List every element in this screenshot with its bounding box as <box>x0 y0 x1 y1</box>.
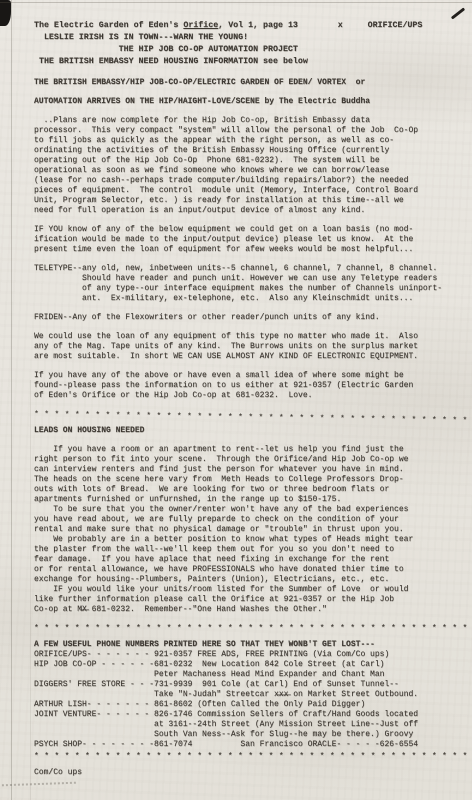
phone-line-diggers-2: Take "N-Judah" Streetcar x̶x̶x̶ on Marke… <box>34 690 454 700</box>
automation-heading-2: AUTOMATION ARRIVES ON THE HIP/HAIGHT-LOV… <box>34 97 454 107</box>
phone-line-psych-shop-oracle: PSYCH SHOP- - - - - - - -861-7074 San Fr… <box>34 740 454 750</box>
warning-headline: LESLIE IRISH IS IN TOWN---WARN THE YOUNG… <box>34 32 454 44</box>
phone-list-heading: A FEW USEFUL PHONE NUMBERS PRINTED HERE … <box>34 640 454 650</box>
masthead-title-orifice: Orifice <box>183 21 218 30</box>
phone-line-arthur-lish: ARTHUR LISH- - - - - - - 861-8602 (Often… <box>34 700 454 710</box>
housing-body: If you have a room or an apartment to re… <box>34 445 454 615</box>
phone-line-joint-venture-2: at 3161--24th Street (Any Mission Street… <box>34 720 454 730</box>
phone-line-diggers: DIGGERS' FREE STORE - - -731-9939 901 Co… <box>34 680 454 690</box>
scan-artifact-top-left <box>0 0 11 26</box>
housing-section-heading: LEADS ON HOUSING NEEDED <box>34 426 454 436</box>
phone-line-hip-job-coop-2: Peter Machaness Head Mind Expander and C… <box>34 670 454 680</box>
page-crease-line <box>11 0 12 800</box>
masthead-title-pre: The Electric Garden of Eden's <box>34 21 183 30</box>
scan-artifact-top-right <box>451 7 465 19</box>
footer-credit: Com/Co ups <box>34 768 454 778</box>
teletype-item: TELETYPE--any old, new, inbetween units-… <box>34 264 454 304</box>
automation-paragraph-2: IF YOU know of any of the below equipmen… <box>34 225 454 255</box>
asterisk-separator-3: * * * * * * * * * * * * * * * * * * * * … <box>34 752 454 762</box>
masthead: The Electric Garden of Eden's Orifice, V… <box>34 20 454 31</box>
phone-line-hip-job-coop: HIP JOB CO-OP - - - - - -681-0232 New Lo… <box>34 660 454 670</box>
automation-heading-1: THE BRITISH EMBASSY/HIP JOB-CO-OP/ELECTR… <box>34 78 454 88</box>
friden-item: FRIDEN--Any of the Flexowriters or other… <box>34 313 454 323</box>
masthead-title-post: , Vol 1, page 13 x ORIFICE/UPS <box>218 21 422 30</box>
phone-line-orifice: ORIFICE/UPS- - - - - - - 921-0357 FREE A… <box>34 650 454 660</box>
page-crease-line-2 <box>30 380 31 800</box>
scan-edge-line <box>0 2 472 3</box>
page-content: The Electric Garden of Eden's Orifice, V… <box>34 20 454 778</box>
asterisk-separator-2: * * * * * * * * * * * * * * * * * * * * … <box>34 624 454 634</box>
scanned-newsletter-page: The Electric Garden of Eden's Orifice, V… <box>0 0 472 800</box>
asterisk-separator-1: * * * * * * * * * * * * * * * * * * * * … <box>34 410 454 426</box>
project-headline: THE HIP JOB CO-OP AUTOMATION PROJECT <box>34 44 454 56</box>
phone-line-joint-venture-3: South Van Ness--Ask for Slug--he may be … <box>34 730 454 740</box>
contact-paragraph: If you have any of the above or have eve… <box>34 371 454 401</box>
pencil-scribble <box>2 782 76 792</box>
phone-line-joint-venture: JOINT VENTURE- - - - - - 826-1746 Commis… <box>34 710 454 720</box>
equipment-loan-paragraph: We could use the loan of any equipment o… <box>34 332 454 362</box>
housing-notice-headline: THE BRITISH EMBASSY NEED HOUSING INFORMA… <box>34 56 454 68</box>
automation-paragraph-1: ..Plans are now complete for the Hip Job… <box>34 116 454 216</box>
